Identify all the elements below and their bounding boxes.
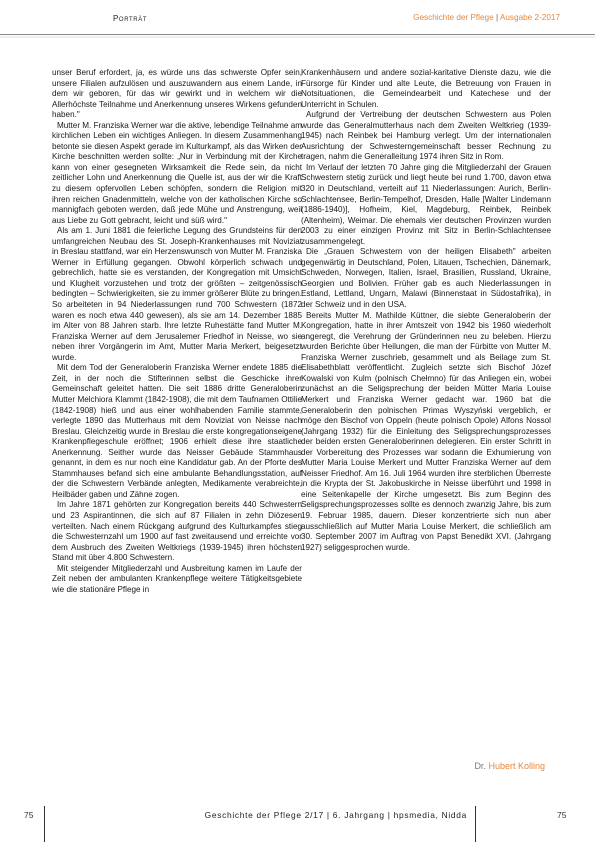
- author-signature: Dr. Hubert Kolling: [474, 761, 545, 771]
- paragraph: Mit dem Tod der Generaloberin Franziska …: [52, 363, 302, 500]
- text-column-left: unser Beruf erfordert, ja, es würde uns …: [52, 68, 302, 595]
- header-rule-shadow: [0, 36, 595, 38]
- footer-divider-left: [44, 806, 45, 842]
- paragraph: Mutter M. Franziska Werner war die aktiv…: [52, 121, 302, 226]
- journal-title: Geschichte der Pflege: [413, 13, 494, 22]
- author-name: Hubert Kolling: [488, 761, 545, 771]
- header-rule: [0, 34, 595, 35]
- paragraph: Aufgrund der Vertreibung der deutschen S…: [301, 110, 551, 163]
- footer-divider-right: [475, 806, 476, 842]
- paragraph: Im Jahre 1871 gehörten zur Kongregation …: [52, 500, 302, 563]
- section-label: Porträt: [113, 14, 147, 23]
- paragraph: Mit steigender Mitgliederzahl und Ausbre…: [52, 564, 302, 596]
- journal-header: Geschichte der Pflege | Ausgabe 2-2017: [413, 13, 560, 22]
- paragraph: Krankenhäusern und andere sozial-karitat…: [301, 68, 551, 110]
- page-number-left: 75: [24, 810, 33, 820]
- paragraph: Die „Grauen Schwestern von der heiligen …: [301, 247, 551, 310]
- page-number-right: 75: [557, 810, 566, 820]
- paragraph: Im Verlauf der letzten 70 Jahre ging die…: [301, 163, 551, 247]
- text-column-right: Krankenhäusern und andere sozial-karitat…: [301, 68, 551, 553]
- paragraph: Als am 1. Juni 1881 die feierliche Legun…: [52, 226, 302, 363]
- paragraph: unser Beruf erfordert, ja, es würde uns …: [52, 68, 302, 121]
- header-separator: |: [496, 13, 498, 22]
- issue-label: Ausgabe 2-2017: [500, 13, 560, 22]
- author-title: Dr.: [474, 761, 486, 771]
- paragraph: Bereits Mutter M. Mathilde Küttner, die …: [301, 311, 551, 554]
- footer-citation: Geschichte der Pflege 2/17 | 6. Jahrgang…: [205, 810, 467, 820]
